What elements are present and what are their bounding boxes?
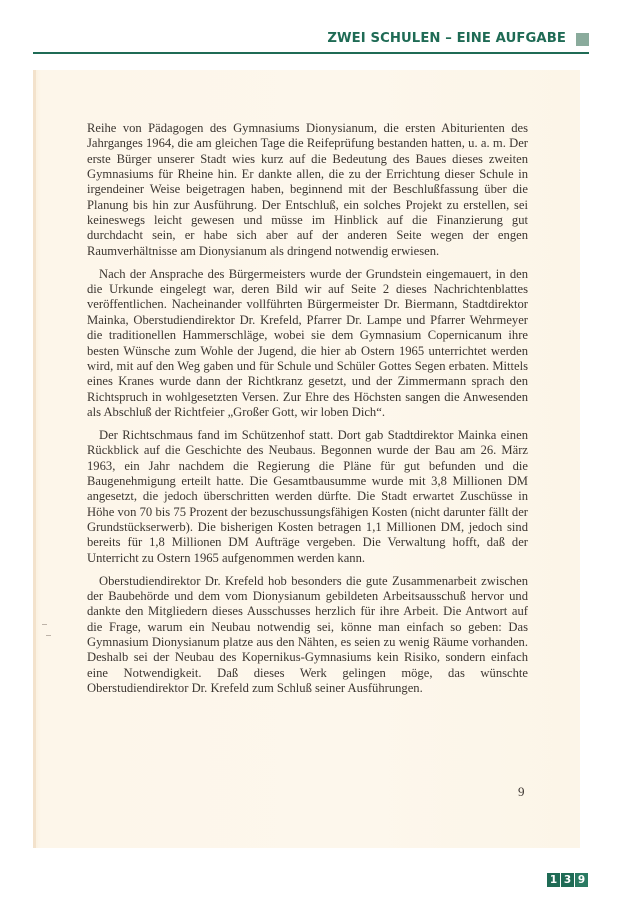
scanned-page-number: 9 [518,784,525,800]
scan-artifact [42,624,47,625]
scanned-page-edge [33,70,36,848]
scan-artifact [46,635,51,636]
paragraph: Oberstudiendirektor Dr. Krefeld hob beso… [87,574,528,697]
page-digit: 1 [547,873,560,887]
paragraph: Reihe von Pädagogen des Gymnasiums Diony… [87,121,528,259]
page-digit: 9 [575,873,588,887]
paragraph: Nach der Ansprache des Bürgermeisters wu… [87,267,528,420]
article-body: Reihe von Pädagogen des Gymnasiums Diony… [87,121,528,704]
section-marker-square [576,33,589,46]
section-title: ZWEI SCHULEN – EINE AUFGABE [327,31,566,46]
header-divider [33,52,589,54]
page-digit: 3 [561,873,574,887]
page-number: 1 3 9 [547,873,588,887]
paragraph: Der Richtschmaus fand im Schützenhof sta… [87,428,528,566]
